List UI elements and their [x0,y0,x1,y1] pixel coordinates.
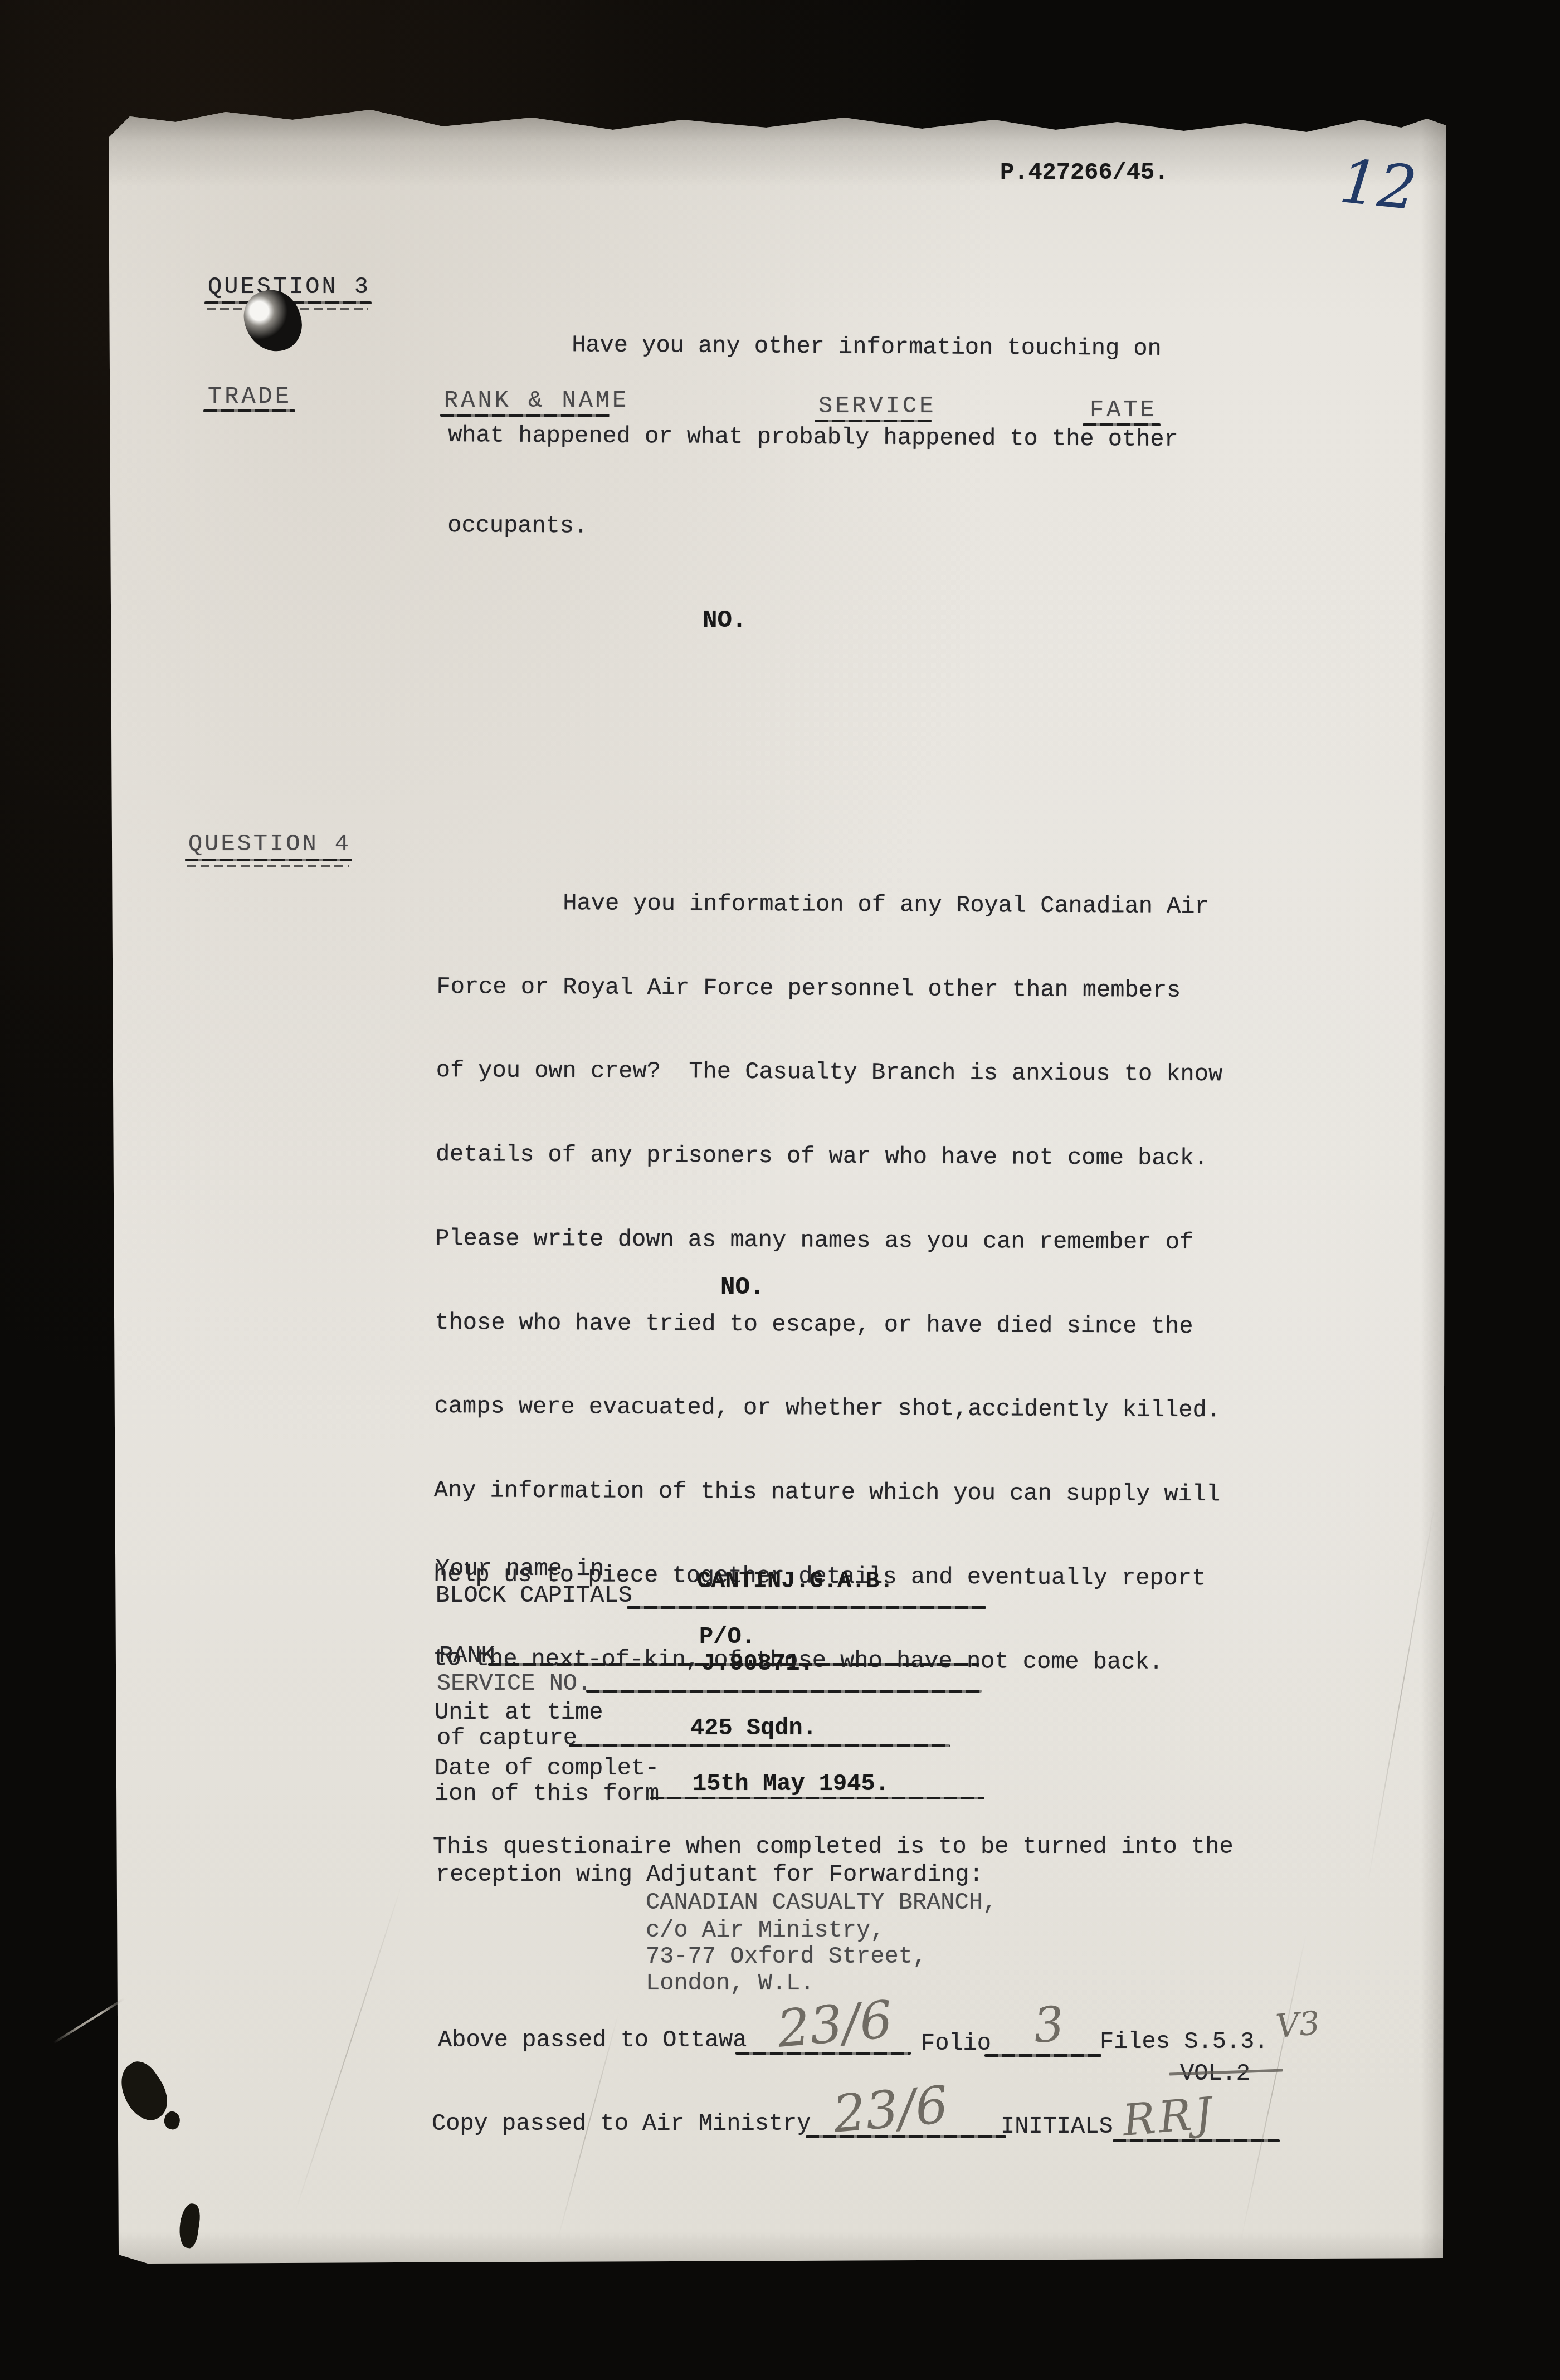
unit-label-line-1: Unit at time [435,1699,603,1727]
header-rank-name-underline [440,414,610,417]
header-fate-underline [1083,423,1161,426]
question3-text-line-1: Have you any other information touching … [448,330,1179,369]
rank-label: RANK [439,1642,495,1670]
service-underline [586,1690,982,1693]
question4-text-line-5: Please write down as many names as you c… [435,1225,1222,1256]
address-line-2: c/o Air Ministry, [646,1916,884,1944]
header-service-underline [815,420,932,422]
ink-smudge-small [162,2110,182,2131]
scanned-document: P.427266/45. 12 QUESTION 3 Have you any … [0,0,1560,2380]
address-line-3: 73-77 Oxford Street, [646,1943,927,1971]
copy-date-handwritten: 23/6 [831,2075,950,2144]
question3-answer: NO. [703,606,747,636]
header-rank-name: RANK & NAME [444,387,629,414]
date-label-line-1: Date of complet- [435,1754,659,1782]
header-trade: TRADE [208,383,292,411]
question3-text-line-2: what happened or what probably happened … [448,421,1178,460]
question3-text: Have you any other information touching … [447,274,1179,607]
question4-underline [185,859,352,861]
ottawa-date-handwritten: 23/6 [775,1989,895,2059]
date-label-line-2: ion of this form [435,1780,659,1808]
header-trade-underline [203,409,295,412]
address-line-4: London, W.L. [646,1969,814,1997]
folio-label: Folio [921,2030,991,2057]
initials-label: INITIALS [1001,2113,1113,2140]
question4-label: QUESTION 4 [188,830,351,858]
copy-label: Copy passed to Air Ministry [432,2110,811,2138]
folio-value-handwritten: 3 [1031,1996,1066,2054]
question4-underline-2 [187,865,349,867]
instruction-line-1: This questionaire when completed is to b… [433,1833,1234,1861]
question4-text-line-1: Have you information of any Royal Canadi… [437,889,1223,920]
initials-underline [1113,2139,1280,2142]
files-annotation-handwritten: V3 [1274,2004,1321,2046]
header-fate: FATE [1090,396,1157,424]
files-label: Files S.5.3. [1100,2028,1268,2056]
address-line-1: CANADIAN CASUALTY BRANCH, [646,1889,997,1916]
ottawa-underline [735,2052,911,2055]
initials-value-handwritten: RRJ [1120,2088,1217,2146]
paper-crease [295,1883,402,2212]
copy-underline [806,2135,1006,2138]
name-value: CANTINJ.G.A.B. [697,1567,894,1595]
unit-underline [569,1744,950,1747]
service-number-label: SERVICE NO. [437,1670,591,1698]
ink-smudge-bottom [177,2202,202,2249]
question4-text-line-2: Force or Royal Air Force personnel other… [436,973,1223,1004]
unit-value: 425 Sqdn. [690,1714,817,1742]
date-value: 15th May 1945. [693,1770,889,1798]
rank-underline [488,1663,979,1666]
name-label-line-2: BLOCK CAPITALS [436,1582,632,1610]
page-number: 12 [1337,147,1420,224]
ottawa-label: Above passed to Ottawa [438,2026,747,2054]
header-service: SERVICE [818,392,936,420]
question4-text-line-3: of you own crew? The Casualty Branch is … [436,1056,1223,1088]
date-underline [650,1797,984,1799]
document-page: P.427266/45. 12 QUESTION 3 Have you any … [109,103,1446,2265]
paper-crease [1367,1499,1436,1883]
name-underline [627,1606,986,1609]
scratch-mark [53,1998,125,2044]
question4-text-line-4: details of any prisoners of war who have… [436,1140,1222,1172]
reference-number: P.427266/45. [1000,159,1168,187]
name-label-line-1: Your name in [436,1555,604,1583]
unit-label-line-2: of capture [437,1724,577,1752]
paper-crease [1241,1934,1306,2239]
question4-text-line-6: those who have tried to escape, or have … [435,1309,1221,1340]
question3-text-line-3: occupants. [447,511,1178,550]
question4-text-line-8: Any information of this nature which you… [434,1476,1221,1508]
question4-text-line-7: camps were evacuated, or whether shot,ac… [434,1392,1221,1424]
question4-answer: NO. [720,1273,764,1303]
instruction-line-2: reception wing Adjutant for Forwarding: [436,1861,983,1889]
folio-underline [984,2054,1101,2057]
rank-value: P/O. [699,1623,755,1651]
